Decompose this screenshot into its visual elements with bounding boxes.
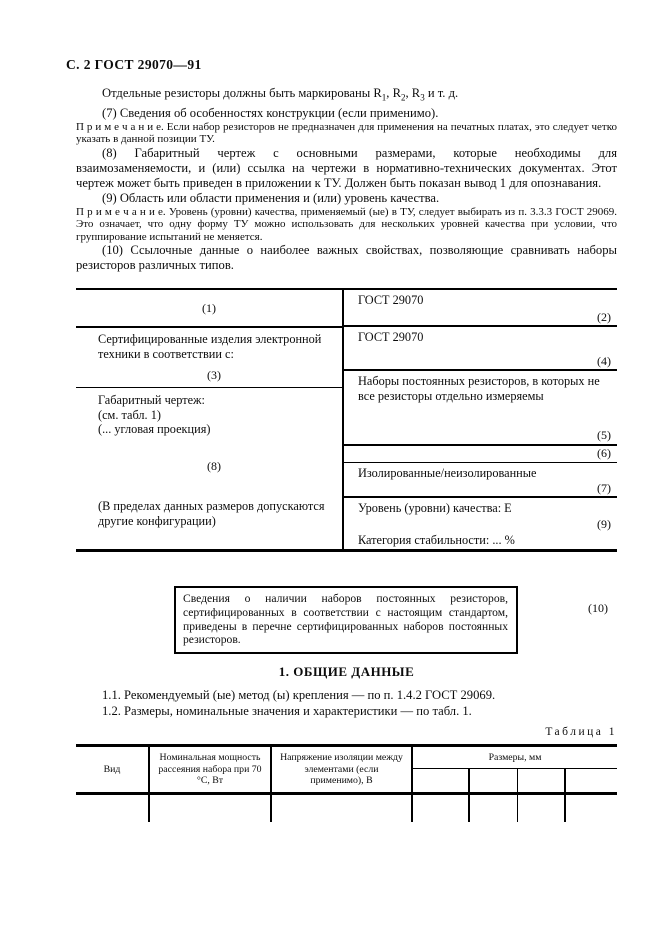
body-cell-vid [76, 795, 150, 822]
drawing-label-line2: (см. табл. 1) [98, 408, 330, 423]
section-1-items: 1.1. Рекомендуемый (ые) метод (ы) крепле… [76, 688, 617, 719]
header-size-sub3 [518, 769, 566, 792]
r2-label: R [393, 86, 401, 100]
note-1: П р и м е ч а н и е. Если набор резистор… [76, 121, 617, 146]
form-table-left-column: (1) Сертифицированные изделия электронно… [76, 290, 344, 549]
header-voltage: Напряжение изоляции между элементами (ес… [272, 747, 413, 792]
position-number-9: (9) [358, 517, 611, 532]
position-number-8: (8) [98, 459, 330, 474]
drawing-label-line3: (... угловая проекция) [98, 422, 330, 437]
table-1-empty-row [76, 795, 617, 822]
paragraph-markings: Отдельные резисторы должны быть маркиров… [76, 86, 617, 106]
form-cell-5-text: Наборы постоянных резисторов, в которых … [358, 374, 611, 403]
form-cell-3: Сертифицированные изделия электронной те… [76, 328, 342, 388]
configurations-note: (В пределах данных размеров допускаются … [98, 499, 330, 528]
body-cell-size4 [566, 795, 617, 822]
item-1-2: 1.2. Размеры, номинальные значения и хар… [76, 704, 617, 720]
drawing-label-line1: Габаритный чертеж: [98, 393, 330, 408]
form-cell-1: (1) [76, 290, 342, 328]
r3-label: R [412, 86, 420, 100]
body-cell-size2 [470, 795, 518, 822]
paragraph-7: (7) Сведения об особенностях конструкции… [76, 106, 617, 121]
form-cell-4-text: ГОСТ 29070 [358, 330, 611, 345]
body-cell-power [150, 795, 272, 822]
header-vid: Вид [76, 747, 150, 792]
stability-category-text: Категория стабильности: ... % [358, 533, 611, 548]
form-cell-2-text: ГОСТ 29070 [358, 293, 611, 308]
form-cell-8: Габаритный чертеж: (см. табл. 1) (... уг… [76, 388, 342, 551]
section-1-title: 1. ОБЩИЕ ДАННЫЕ [76, 664, 617, 680]
body-cell-voltage [272, 795, 413, 822]
position-number-4: (4) [358, 354, 611, 369]
form-table-right-column: ГОСТ 29070 (2) ГОСТ 29070 (4) Наборы пос… [344, 290, 617, 549]
form-cell-2: ГОСТ 29070 (2) [344, 290, 617, 327]
paragraph-10: (10) Ссылочные данные о наиболее важных … [76, 243, 617, 273]
paragraph-8: (8) Габаритный чертеж с основными размер… [76, 146, 617, 191]
header-size-sub4 [566, 769, 617, 792]
position-number-3: (3) [98, 368, 330, 383]
form-cell-4: ГОСТ 29070 (4) [344, 327, 617, 371]
table-1: Вид Номинальная мощность рассеяния набор… [76, 744, 617, 822]
form-cell-6: (6) [344, 446, 617, 463]
header-power: Номинальная мощность рассеяния набора пр… [150, 747, 272, 792]
r1-label: R [373, 86, 381, 100]
form-cell-7-text: Изолированные/неизолированные [358, 466, 611, 481]
reference-form-table: (1) Сертифицированные изделия электронно… [76, 288, 617, 552]
body-text: Отдельные резисторы должны быть маркиров… [76, 86, 617, 273]
form-cell-7: Изолированные/неизолированные (7) [344, 463, 617, 498]
table-1-caption: Таблица 1 [76, 726, 617, 738]
header-sizes-label: Размеры, мм [413, 747, 617, 769]
position-number-2: (2) [358, 310, 611, 325]
header-size-sub2 [470, 769, 518, 792]
position-number-7: (7) [358, 481, 611, 496]
form-cell-3-text: Сертифицированные изделия электронной те… [98, 332, 330, 361]
header-sizes-group: Размеры, мм [413, 747, 617, 792]
form-cell-9: Уровень (уровни) качества: Е (9) Категор… [344, 498, 617, 549]
note-2: П р и м е ч а н и е. Уровень (уровни) ка… [76, 206, 617, 244]
document-page: С. 2 ГОСТ 29070—91 Отдельные резисторы д… [0, 0, 661, 936]
paragraph-9: (9) Область или области применения и (ил… [76, 191, 617, 206]
position-number-10: (10) [588, 601, 608, 616]
body-cell-size3 [518, 795, 566, 822]
header-sizes-subrow [413, 769, 617, 792]
body-cell-size1 [413, 795, 470, 822]
page-header: С. 2 ГОСТ 29070—91 [66, 57, 202, 73]
item-1-1: 1.1. Рекомендуемый (ые) метод (ы) крепле… [76, 688, 617, 704]
header-size-sub1 [413, 769, 470, 792]
position-number-6: (6) [358, 446, 611, 461]
position-number-1: (1) [202, 301, 216, 316]
quality-level-text: Уровень (уровни) качества: Е [358, 501, 611, 516]
position-number-5: (5) [358, 428, 611, 443]
table-1-header-row: Вид Номинальная мощность рассеяния набор… [76, 747, 617, 795]
certified-sets-box: Сведения о наличии наборов постоянных ре… [174, 586, 518, 654]
form-cell-5: Наборы постоянных резисторов, в которых … [344, 371, 617, 446]
